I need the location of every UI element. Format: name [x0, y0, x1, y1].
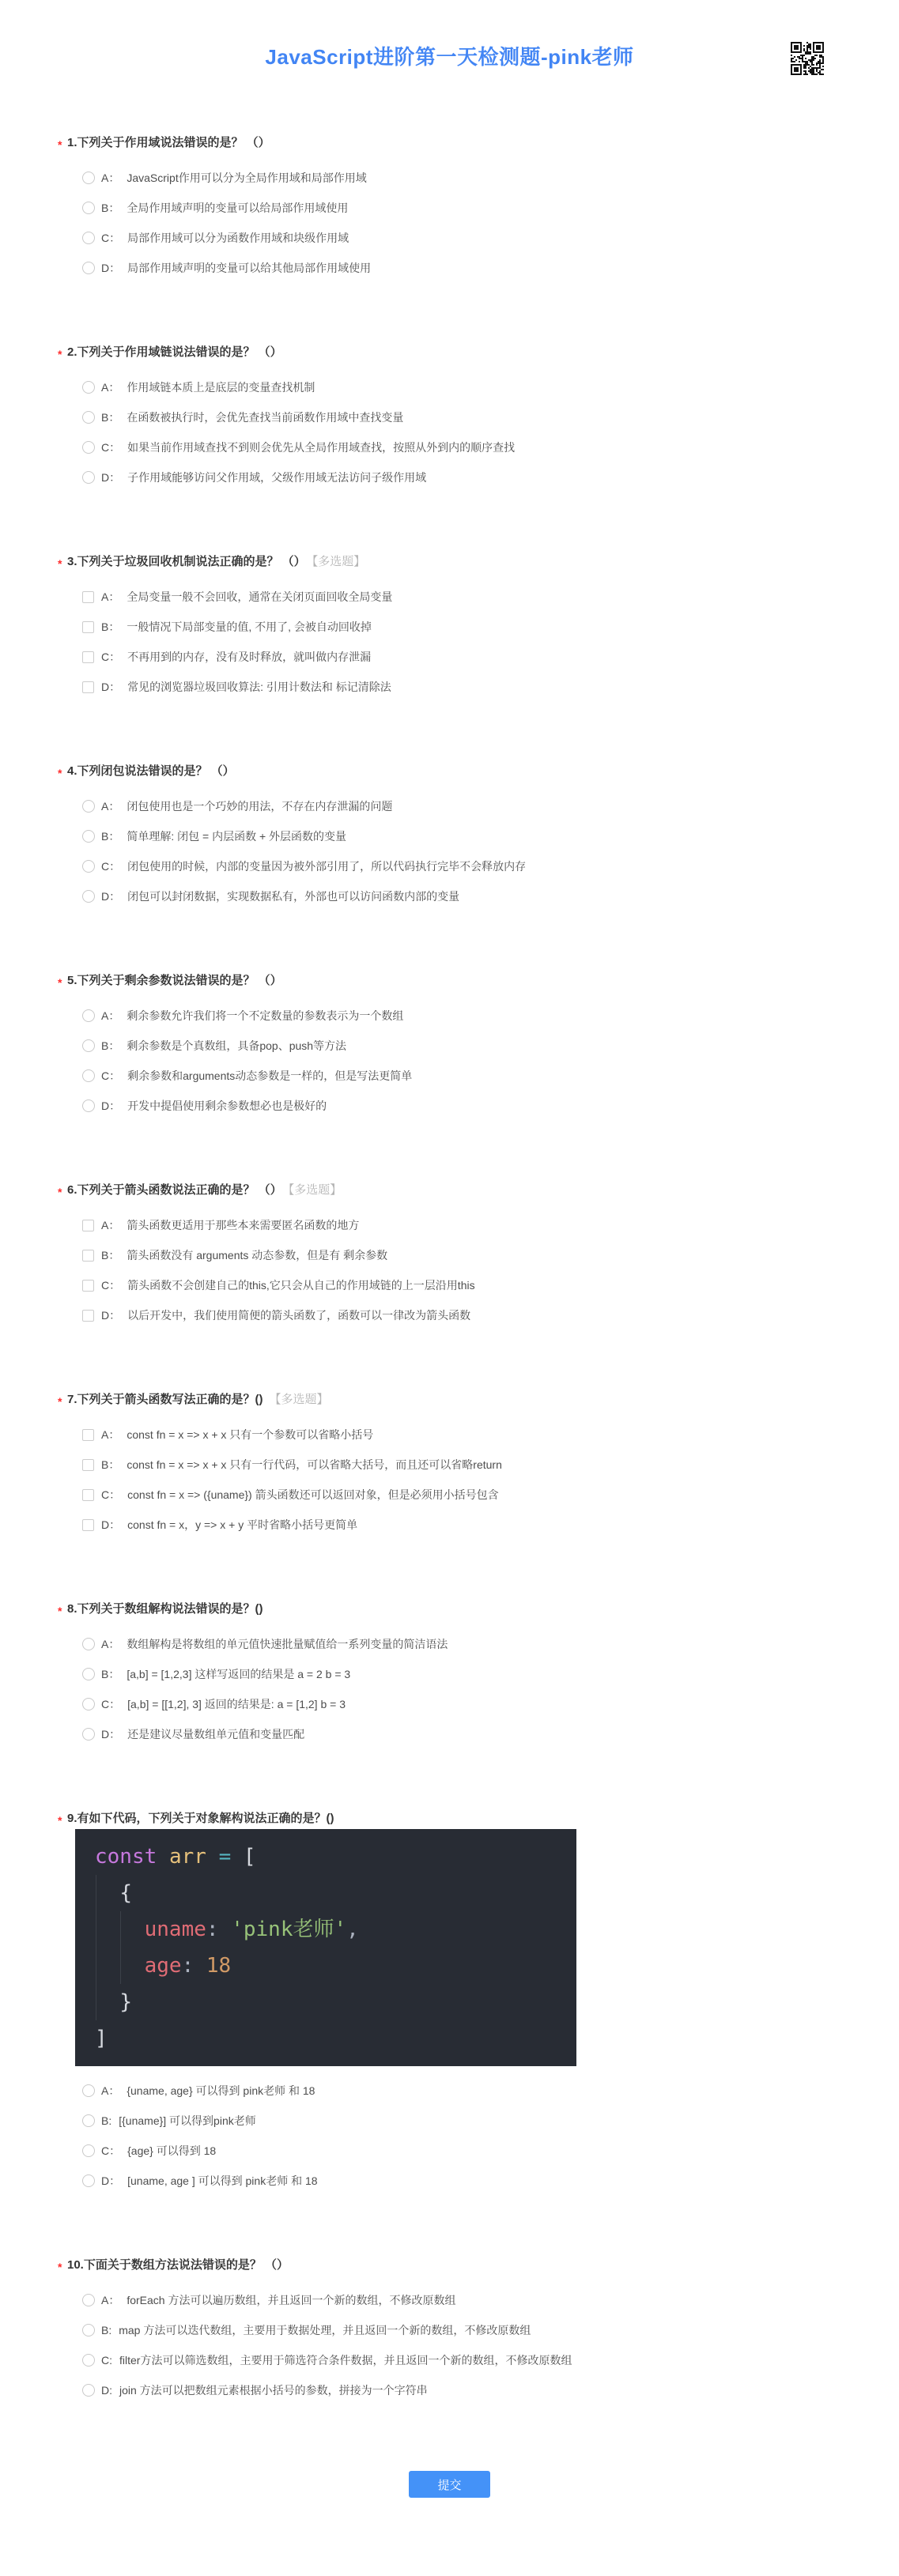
required-asterisk: * [58, 974, 62, 991]
option-text: 箭头函数没有 arguments 动态参数，但是有 剩余参数 [127, 1247, 387, 1263]
question-title-row: *6.下列关于箭头函数说法正确的是？ （）【多选题】 [67, 1182, 899, 1199]
option-text: forEach 方法可以遍历数组，并且返回一个新的数组，不修改原数组 [127, 2292, 455, 2308]
radio-control[interactable] [82, 2174, 95, 2187]
code-token: const [95, 1845, 157, 1869]
option-letter: D： [101, 2173, 120, 2189]
option-letter: D： [101, 888, 120, 904]
option-row[interactable]: D：以后开发中，我们使用简便的箭头函数了，函数可以一律改为箭头函数 [67, 1300, 899, 1330]
option-letter: A： [101, 1217, 119, 1233]
option-row[interactable]: D：闭包可以封闭数据，实现数据私有，外部也可以访问函数内部的变量 [67, 881, 899, 911]
option-letter: B： [101, 409, 119, 425]
code-token: uname [145, 1918, 206, 1941]
radio-control[interactable] [82, 202, 95, 214]
option-letter: B： [101, 1457, 119, 1473]
radio-control[interactable] [82, 381, 95, 394]
option-text: 还是建议尽量数组单元值和变量匹配 [127, 1726, 304, 1742]
radio-control[interactable] [82, 860, 95, 873]
option-letter: A： [101, 798, 119, 814]
option-row[interactable]: D：子作用域能够访问父作用域，父级作用域无法访问子级作用域 [67, 462, 899, 492]
question-title-row: *3.下列关于垃圾回收机制说法正确的是？ （）【多选题】 [67, 553, 899, 571]
option-row[interactable]: A：作用域链本质上是底层的变量查找机制 [67, 372, 899, 402]
required-asterisk: * [58, 555, 62, 572]
question-title: 9.有如下代码，下列关于对象解构说法正确的是？() [67, 1812, 334, 1825]
required-asterisk: * [58, 764, 62, 782]
required-asterisk: * [58, 1393, 62, 1410]
question-2: *2.下列关于作用域链说法错误的是？ （）A：作用域链本质上是底层的变量查找机制… [0, 344, 899, 492]
question-title: 2.下列关于作用域链说法错误的是？ （） [67, 345, 282, 359]
code-token: arr [169, 1845, 206, 1869]
code-token: : [182, 1954, 195, 1978]
radio-control[interactable] [82, 2144, 95, 2157]
page-title: JavaScript进阶第一天检测题-pink老师 [0, 41, 899, 73]
option-text: 剩余参数和arguments动态参数是一样的，但是写法更简单 [127, 1068, 412, 1084]
code-token [95, 1881, 119, 1905]
option-letter: A： [101, 170, 119, 186]
option-letter: C: [101, 2354, 112, 2367]
checkbox-control[interactable] [82, 1459, 94, 1471]
checkbox-control[interactable] [82, 1429, 94, 1441]
option-text: {age} 可以得到 18 [127, 2143, 216, 2159]
submit-button[interactable]: 提交 [409, 2471, 490, 2498]
option-letter: C： [101, 1487, 120, 1503]
question-8: *8.下列关于数组解构说法错误的是？()A：数组解构是将数组的单元值快速批量赋值… [0, 1601, 899, 1749]
option-letter: D： [101, 1726, 120, 1742]
radio-control[interactable] [82, 2384, 95, 2397]
option-row[interactable]: D：开发中提倡使用剩余参数想必也是极好的 [67, 1091, 899, 1121]
option-letter: D： [101, 1307, 120, 1323]
option-row[interactable]: C：剩余参数和arguments动态参数是一样的，但是写法更简单 [67, 1061, 899, 1091]
option-text: 数组解构是将数组的单元值快速批量赋值给一系列变量的简洁语法 [127, 1636, 448, 1652]
option-row[interactable]: A：{uname, age} 可以得到 pink老师 和 18 [67, 2076, 899, 2106]
option-letter: D： [101, 470, 120, 485]
code-token: = [219, 1845, 232, 1869]
radio-control[interactable] [82, 1638, 95, 1650]
required-asterisk: * [58, 2258, 62, 2276]
option-text: 一般情况下局部变量的值, 不用了, 会被自动回收掉 [127, 619, 372, 635]
checkbox-control[interactable] [82, 591, 94, 603]
option-letter: B： [101, 200, 119, 216]
checkbox-control[interactable] [82, 651, 94, 663]
form-header: JavaScript进阶第一天检测题-pink老师 [0, 0, 899, 76]
option-row[interactable]: B：一般情况下局部变量的值, 不用了, 会被自动回收掉 [67, 612, 899, 642]
option-text: 如果当前作用域查找不到则会优先从全局作用域查找，按照从外到内的顺序查找 [127, 439, 515, 455]
options-list: A：const fn = x => x + x 只有一个参数可以省略小括号B：c… [67, 1420, 899, 1540]
option-row[interactable]: D：[uname, age ] 可以得到 pink老师 和 18 [67, 2166, 899, 2196]
option-text: 开发中提倡使用剩余参数想必也是极好的 [127, 1098, 327, 1114]
option-row[interactable]: C:filter方法可以筛选数组，主要用于筛选符合条件数据，并且返回一个新的数组… [67, 2345, 899, 2375]
question-5: *5.下列关于剩余参数说法错误的是？ （）A：剩余参数允许我们将一个不定数量的参… [0, 972, 899, 1121]
options-list: A：作用域链本质上是底层的变量查找机制B：在函数被执行时，会优先查找当前函数作用… [67, 372, 899, 492]
question-title-row: *10.下面关于数组方法说法错误的是？ （） [67, 2257, 899, 2274]
code-token: 'pink老师' [231, 1918, 346, 1941]
option-text: 箭头函数更适用于那些本来需要匿名函数的地方 [127, 1217, 359, 1233]
option-row[interactable]: D：局部作用域声明的变量可以给其他局部作用域使用 [67, 253, 899, 283]
option-letter: A： [101, 2083, 119, 2099]
option-text: const fn = x => x + x 只有一行代码，可以省略大括号，而且还… [127, 1457, 502, 1473]
checkbox-control[interactable] [82, 1519, 94, 1531]
option-letter: B： [101, 1666, 119, 1682]
options-list: A：{uname, age} 可以得到 pink老师 和 18B:[{uname… [67, 2076, 899, 2196]
radio-control[interactable] [82, 830, 95, 843]
option-letter: A： [101, 1427, 119, 1443]
option-text: 剩余参数允许我们将一个不定数量的参数表示为一个数组 [127, 1008, 403, 1024]
question-7: *7.下列关于箭头函数写法正确的是？()【多选题】A：const fn = x … [0, 1391, 899, 1540]
option-letter: D: [101, 2384, 112, 2397]
option-text: 全局作用域声明的变量可以给局部作用域使用 [127, 200, 348, 216]
option-row[interactable]: A：数组解构是将数组的单元值快速批量赋值给一系列变量的简洁语法 [67, 1629, 899, 1659]
question-title-row: *7.下列关于箭头函数写法正确的是？()【多选题】 [67, 1391, 899, 1409]
checkbox-control[interactable] [82, 1310, 94, 1322]
option-row[interactable]: B:[{uname}] 可以得到pink老师 [67, 2106, 899, 2136]
option-row[interactable]: A：全局变量一般不会回收，通常在关闭页面回收全局变量 [67, 582, 899, 612]
checkbox-control[interactable] [82, 1489, 94, 1501]
option-row[interactable]: A：const fn = x => x + x 只有一个参数可以省略小括号 [67, 1420, 899, 1450]
option-row[interactable]: A：JavaScript作用可以分为全局作用域和局部作用域 [67, 163, 899, 193]
option-letter: D： [101, 679, 120, 695]
code-line: uname: 'pink老师', [95, 1911, 576, 1948]
radio-control[interactable] [82, 2354, 95, 2367]
option-row[interactable]: C：箭头函数不会创建自己的this,它只会从自己的作用域链的上一层沿用this [67, 1270, 899, 1300]
radio-control[interactable] [82, 1009, 95, 1022]
required-asterisk: * [58, 1602, 62, 1620]
code-token [206, 1845, 219, 1869]
code-line: ] [95, 2020, 576, 2057]
question-title: 10.下面关于数组方法说法错误的是？ （） [67, 2258, 289, 2272]
indent-guide [120, 1911, 121, 1984]
code-token: [ [244, 1845, 256, 1869]
option-row[interactable]: B:map 方法可以迭代数组，主要用于数据处理，并且返回一个新的数组，不修改原数… [67, 2315, 899, 2345]
option-text: {uname, age} 可以得到 pink老师 和 18 [127, 2083, 315, 2099]
option-row[interactable]: A：箭头函数更适用于那些本来需要匿名函数的地方 [67, 1210, 899, 1240]
option-row[interactable]: B：[a,b] = [1,2,3] 这样写返回的结果是 a = 2 b = 3 [67, 1659, 899, 1689]
option-row[interactable]: D：const fn = x，y => x + y 平时省略小括号更简单 [67, 1510, 899, 1540]
questions: *1.下列关于作用域说法错误的是？ （）A：JavaScript作用可以分为全局… [0, 134, 899, 2405]
option-row[interactable]: B：全局作用域声明的变量可以给局部作用域使用 [67, 193, 899, 223]
code-token [194, 1954, 206, 1978]
option-row[interactable]: C：局部作用域可以分为函数作用域和块级作用域 [67, 223, 899, 253]
option-row[interactable]: A：闭包使用也是一个巧妙的用法，不存在内存泄漏的问题 [67, 791, 899, 821]
option-letter: B： [101, 828, 119, 844]
checkbox-control[interactable] [82, 1280, 94, 1292]
option-text: const fn = x => ({uname}) 箭头函数还可以返回对象，但是… [127, 1487, 498, 1503]
options-list: A：全局变量一般不会回收，通常在关闭页面回收全局变量B：一般情况下局部变量的值,… [67, 582, 899, 702]
radio-control[interactable] [82, 262, 95, 274]
option-text: 作用域链本质上是底层的变量查找机制 [127, 379, 315, 395]
option-letter: D： [101, 260, 120, 276]
checkbox-control[interactable] [82, 681, 94, 693]
checkbox-control[interactable] [82, 621, 94, 633]
option-row[interactable]: A：剩余参数允许我们将一个不定数量的参数表示为一个数组 [67, 1001, 899, 1031]
option-text: const fn = x，y => x + y 平时省略小括号更简单 [127, 1517, 357, 1533]
radio-control[interactable] [82, 441, 95, 454]
code-token: ] [95, 2027, 108, 2050]
required-asterisk: * [58, 1812, 62, 1829]
option-letter: C： [101, 1277, 120, 1293]
question-title: 3.下列关于垃圾回收机制说法正确的是？ （） [67, 555, 306, 568]
option-text: 箭头函数不会创建自己的this,它只会从自己的作用域链的上一层沿用this [127, 1277, 474, 1293]
option-text: [{uname}] 可以得到pink老师 [119, 2113, 256, 2129]
question-title-row: *2.下列关于作用域链说法错误的是？ （） [67, 344, 899, 361]
options-list: A：JavaScript作用可以分为全局作用域和局部作用域B：全局作用域声明的变… [67, 163, 899, 283]
radio-control[interactable] [82, 172, 95, 184]
option-text: [a,b] = [[1,2], 3] 返回的结果是: a = [1,2] b =… [127, 1696, 346, 1712]
question-title-row: *8.下列关于数组解构说法错误的是？() [67, 1601, 899, 1618]
radio-control[interactable] [82, 2324, 95, 2337]
radio-control[interactable] [82, 411, 95, 424]
radio-control[interactable] [82, 1039, 95, 1052]
question-3: *3.下列关于垃圾回收机制说法正确的是？ （）【多选题】A：全局变量一般不会回收… [0, 553, 899, 702]
question-title-row: *1.下列关于作用域说法错误的是？ （） [67, 134, 899, 152]
option-letter: B: [101, 2324, 111, 2337]
option-row[interactable]: C：如果当前作用域查找不到则会优先从全局作用域查找，按照从外到内的顺序查找 [67, 432, 899, 462]
option-text: 全局变量一般不会回收，通常在关闭页面回收全局变量 [127, 589, 392, 605]
question-title: 6.下列关于箭头函数说法正确的是？ （） [67, 1183, 282, 1197]
option-row[interactable]: B：简单理解: 闭包 = 内层函数 + 外层函数的变量 [67, 821, 899, 851]
options-list: A：闭包使用也是一个巧妙的用法，不存在内存泄漏的问题B：简单理解: 闭包 = 内… [67, 791, 899, 911]
code-token: 18 [206, 1954, 231, 1978]
question-title: 5.下列关于剩余参数说法错误的是？ （） [67, 974, 282, 987]
question-title-row: *4.下列闭包说法错误的是？ （） [67, 763, 899, 780]
options-list: A：数组解构是将数组的单元值快速批量赋值给一系列变量的简洁语法B：[a,b] =… [67, 1629, 899, 1749]
option-letter: D： [101, 1098, 120, 1114]
option-text: [a,b] = [1,2,3] 这样写返回的结果是 a = 2 b = 3 [127, 1666, 350, 1682]
code-token: age [145, 1954, 182, 1978]
option-letter: C： [101, 439, 120, 455]
required-asterisk: * [58, 136, 62, 153]
option-text: 闭包使用的时候，内部的变量因为被外部引用了，所以代码执行完毕不会释放内存 [127, 858, 526, 874]
option-text: join 方法可以把数组元素根据小括号的参数，拼接为一个字符串 [119, 2382, 428, 2398]
option-text: 局部作用域声明的变量可以给其他局部作用域使用 [127, 260, 371, 276]
option-letter: C： [101, 2143, 120, 2159]
option-text: 不再用到的内存，没有及时释放，就叫做内存泄漏 [127, 649, 371, 665]
code-line: age: 18 [95, 1948, 576, 1984]
code-token [219, 1918, 232, 1941]
radio-control[interactable] [82, 2114, 95, 2127]
radio-control[interactable] [82, 1668, 95, 1680]
question-title-row: *5.下列关于剩余参数说法错误的是？ （） [67, 972, 899, 990]
radio-control[interactable] [82, 1099, 95, 1112]
question-4: *4.下列闭包说法错误的是？ （）A：闭包使用也是一个巧妙的用法，不存在内存泄漏… [0, 763, 899, 911]
radio-control[interactable] [82, 890, 95, 903]
radio-control[interactable] [82, 1069, 95, 1082]
option-row[interactable]: D：还是建议尽量数组单元值和变量匹配 [67, 1719, 899, 1749]
option-letter: D： [101, 1517, 120, 1533]
code-token: , [346, 1918, 359, 1941]
code-token [157, 1845, 169, 1869]
radio-control[interactable] [82, 800, 95, 813]
option-text: 在函数被执行时，会优先查找当前函数作用域中查找变量 [127, 409, 403, 425]
option-row[interactable]: C：{age} 可以得到 18 [67, 2136, 899, 2166]
radio-control[interactable] [82, 2084, 95, 2097]
question-9: *9.有如下代码，下列关于对象解构说法正确的是？()const arr = [ … [0, 1810, 899, 2196]
options-list: A：箭头函数更适用于那些本来需要匿名函数的地方B：箭头函数没有 argument… [67, 1210, 899, 1330]
required-asterisk: * [58, 345, 62, 363]
option-row[interactable]: C：不再用到的内存，没有及时释放，就叫做内存泄漏 [67, 642, 899, 672]
question-1: *1.下列关于作用域说法错误的是？ （）A：JavaScript作用可以分为全局… [0, 134, 899, 283]
question-title-row: *9.有如下代码，下列关于对象解构说法正确的是？() [67, 1810, 899, 1827]
qr-code-icon [791, 42, 824, 75]
checkbox-control[interactable] [82, 1250, 94, 1262]
option-letter: C： [101, 1696, 120, 1712]
option-letter: C： [101, 230, 120, 246]
option-text: filter方法可以筛选数组，主要用于筛选符合条件数据，并且返回一个新的数组，不… [119, 2352, 572, 2368]
option-row[interactable]: B：const fn = x => x + x 只有一行代码，可以省略大括号，而… [67, 1450, 899, 1480]
question-10: *10.下面关于数组方法说法错误的是？ （）A：forEach 方法可以遍历数组… [0, 2257, 899, 2405]
option-text: JavaScript作用可以分为全局作用域和局部作用域 [127, 170, 366, 186]
option-row[interactable]: C：闭包使用的时候，内部的变量因为被外部引用了，所以代码执行完毕不会释放内存 [67, 851, 899, 881]
option-text: 简单理解: 闭包 = 内层函数 + 外层函数的变量 [127, 828, 346, 844]
option-text: 闭包可以封闭数据，实现数据私有，外部也可以访问函数内部的变量 [127, 888, 459, 904]
option-letter: A： [101, 2292, 119, 2308]
option-text: map 方法可以迭代数组，主要用于数据处理，并且返回一个新的数组，不修改原数组 [119, 2322, 531, 2338]
question-6: *6.下列关于箭头函数说法正确的是？ （）【多选题】A：箭头函数更适用于那些本来… [0, 1182, 899, 1330]
option-row[interactable]: C：[a,b] = [[1,2], 3] 返回的结果是: a = [1,2] b… [67, 1689, 899, 1719]
multi-select-badge: 【多选题】 [312, 555, 366, 568]
option-text: 常见的浏览器垃圾回收算法: 引用计数法和 标记清除法 [127, 679, 391, 695]
option-letter: B： [101, 1247, 119, 1263]
multi-select-badge: 【多选题】 [270, 1393, 329, 1406]
required-asterisk: * [58, 1183, 62, 1201]
indent-guide [96, 1875, 96, 2020]
option-letter: A： [101, 589, 119, 605]
option-text: 以后开发中，我们使用简便的箭头函数了，函数可以一律改为箭头函数 [127, 1307, 470, 1323]
option-text: 局部作用域可以分为函数作用域和块级作用域 [127, 230, 349, 246]
option-letter: C： [101, 858, 120, 874]
question-title: 7.下列关于箭头函数写法正确的是？() [67, 1393, 263, 1406]
radio-control[interactable] [82, 1698, 95, 1710]
option-letter: C： [101, 1068, 120, 1084]
radio-control[interactable] [82, 471, 95, 484]
question-title: 1.下列关于作用域说法错误的是？ （） [67, 136, 270, 149]
code-snippet: const arr = [ { uname: 'pink老师', age: 18… [75, 1829, 576, 2066]
radio-control[interactable] [82, 2294, 95, 2306]
options-list: A：剩余参数允许我们将一个不定数量的参数表示为一个数组B：剩余参数是个真数组，具… [67, 1001, 899, 1121]
options-list: A：forEach 方法可以遍历数组，并且返回一个新的数组，不修改原数组B:ma… [67, 2285, 899, 2405]
option-letter: B： [101, 1038, 119, 1054]
option-text: 剩余参数是个真数组，具备pop、push等方法 [127, 1038, 346, 1054]
option-row[interactable]: B：在函数被执行时，会优先查找当前函数作用域中查找变量 [67, 402, 899, 432]
question-title: 8.下列关于数组解构说法错误的是？() [67, 1602, 263, 1616]
option-text: 闭包使用也是一个巧妙的用法，不存在内存泄漏的问题 [127, 798, 392, 814]
option-letter: A： [101, 379, 119, 395]
question-title: 4.下列闭包说法错误的是？ （） [67, 764, 235, 778]
option-row[interactable]: D：常见的浏览器垃圾回收算法: 引用计数法和 标记清除法 [67, 672, 899, 702]
option-text: 子作用域能够访问父作用域，父级作用域无法访问子级作用域 [127, 470, 426, 485]
option-row[interactable]: C：const fn = x => ({uname}) 箭头函数还可以返回对象，… [67, 1480, 899, 1510]
option-letter: B: [101, 2114, 111, 2127]
radio-control[interactable] [82, 232, 95, 244]
checkbox-control[interactable] [82, 1220, 94, 1231]
code-token: : [206, 1918, 219, 1941]
option-row[interactable]: B：剩余参数是个真数组，具备pop、push等方法 [67, 1031, 899, 1061]
option-text: [uname, age ] 可以得到 pink老师 和 18 [127, 2173, 317, 2189]
code-token [95, 1990, 119, 2014]
code-line: const arr = [ [95, 1839, 576, 1875]
multi-select-badge: 【多选题】 [289, 1183, 342, 1197]
code-line: { [95, 1875, 576, 1911]
option-row[interactable]: D:join 方法可以把数组元素根据小括号的参数，拼接为一个字符串 [67, 2375, 899, 2405]
option-row[interactable]: B：箭头函数没有 arguments 动态参数，但是有 剩余参数 [67, 1240, 899, 1270]
option-row[interactable]: A：forEach 方法可以遍历数组，并且返回一个新的数组，不修改原数组 [67, 2285, 899, 2315]
option-letter: C： [101, 649, 120, 665]
radio-control[interactable] [82, 1728, 95, 1741]
code-token: { [119, 1881, 132, 1905]
option-letter: A： [101, 1636, 119, 1652]
submit-row: 提交 [0, 2471, 899, 2576]
code-token [231, 1845, 244, 1869]
code-token: } [119, 1990, 132, 2014]
option-text: const fn = x => x + x 只有一个参数可以省略小括号 [127, 1427, 373, 1443]
code-line: } [95, 1984, 576, 2020]
option-letter: B： [101, 619, 119, 635]
option-letter: A： [101, 1008, 119, 1024]
